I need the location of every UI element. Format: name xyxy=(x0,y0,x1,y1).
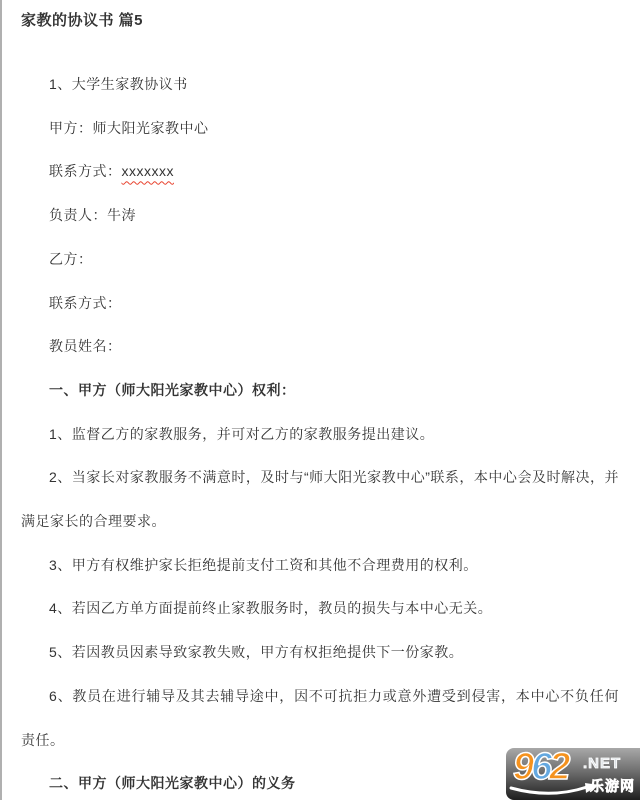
paragraph-text: 联系方式： xyxy=(49,163,122,179)
watermark-logo: 962 .NET 乐游网 xyxy=(506,748,640,800)
paragraph: 甲方：师大阳光家教中心 xyxy=(21,107,619,151)
paragraph: 1、大学生家教协议书 xyxy=(21,63,619,107)
paragraph: 教员姓名： xyxy=(21,325,619,369)
paragraph: 联系方式： xyxy=(21,282,619,326)
document-page: 家教的协议书 篇5 1、大学生家教协议书甲方：师大阳光家教中心联系方式：xxxx… xyxy=(2,0,640,800)
paragraph: 负责人：牛涛 xyxy=(21,194,619,238)
paragraph: 乙方： xyxy=(21,238,619,282)
paragraph: 2、当家长对家教服务不满意时，及时与“师大阳光家教中心”联系，本中心会及时解决，… xyxy=(21,456,619,543)
logo-domain-suffix: .NET xyxy=(583,755,621,772)
paragraph: 5、若因教员因素导致家教失败，甲方有权拒绝提供下一份家教。 xyxy=(21,631,619,675)
paragraph: 联系方式：xxxxxxx xyxy=(21,150,619,194)
paragraph: 1、监督乙方的家教服务，并可对乙方的家教服务提出建议。 xyxy=(21,413,619,457)
paragraph: 3、甲方有权维护家长拒绝提前支付工资和其他不合理费用的权利。 xyxy=(21,544,619,588)
section-heading: 一、甲方（师大阳光家教中心）权利： xyxy=(21,369,619,413)
page: { "page": { "background": "#ffffff", "te… xyxy=(0,0,640,800)
swoosh-arrow-icon xyxy=(509,782,601,798)
document-body: 1、大学生家教协议书甲方：师大阳光家教中心联系方式：xxxxxxx负责人：牛涛乙… xyxy=(21,63,619,800)
misspelled-text: xxxxxxx xyxy=(122,163,175,179)
document-title: 家教的协议书 篇5 xyxy=(21,6,619,36)
paragraph: 4、若因乙方单方面提前终止家教服务时，教员的损失与本中心无关。 xyxy=(21,587,619,631)
